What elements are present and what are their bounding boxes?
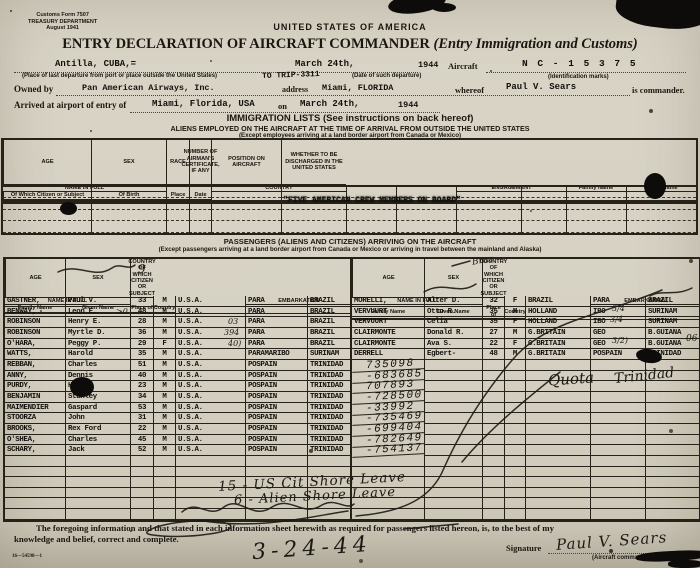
empty-cell [504,403,525,414]
cell-place: POSPAIN [245,392,307,403]
empty-cell [424,424,482,435]
cell-country: BRAZIL [307,307,352,318]
empty-cell [590,509,645,520]
form-number-line1: Customs Form 7507 [28,12,97,19]
cell-citizen: G.BRITAIN [525,328,590,339]
cell-sex: M [153,317,175,328]
empty-cell [424,467,482,478]
cell-sex: M [153,307,175,318]
cell-place: IBO [590,317,645,328]
empty-cell [525,392,590,403]
empty-cell [504,509,525,520]
crew-empty-cell [3,210,91,221]
cell-citizen: U.S.A. [175,360,245,371]
empty-cell [525,477,590,488]
cell-family: BENWAY, [5,307,65,318]
crew-empty-cell [626,198,696,209]
empty-cell [504,371,525,382]
col-airman-certificate: NUMBER OF AIRMAN'S CERTIFICATE, IF ANY [189,140,211,185]
empty-cell [645,413,699,424]
empty-cell [525,371,590,382]
empty-cell [504,456,525,467]
cell-citizen: G.BRITAIN [525,349,590,360]
departure-place-value: Antilla, CUBA,= [55,59,136,69]
crew-empty-cell [626,221,696,232]
page-title-main: ENTRY DECLARATION OF AIRCRAFT COMMANDER [62,36,430,52]
declaration-line1: The foregoing information and that state… [14,523,688,533]
empty-cell [424,445,482,456]
cell-sex: M [153,445,175,456]
cell-place: PARA [245,339,307,350]
cell-sex: M [153,371,175,382]
empty-cell [424,413,482,424]
cell-age: 35 [482,307,504,318]
empty-cell [525,435,590,446]
page-title-paren: (Entry Immigration and Customs) [434,36,638,52]
col-position: POSITION ON AIRCRAFT [211,140,281,185]
cell-sex: M [153,424,175,435]
empty-cell [65,509,130,520]
empty-cell [424,392,482,403]
cell-family: BENJAMIN [5,392,65,403]
cell-country: BRAZIL [645,296,699,307]
empty-cell [590,403,645,414]
cell-country: B.GUIANA [645,339,699,350]
empty-cell [175,477,245,488]
empty-cell [482,371,504,382]
empty-cell [130,477,153,488]
cell-sex: M [153,435,175,446]
empty-cell [424,371,482,382]
cell-family: BROOKS, [5,424,65,435]
cell-age: 48 [130,307,153,318]
empty-cell [352,477,424,488]
crew-empty-cell [91,210,166,221]
cell-country: TRINIDAD [307,360,352,371]
cell-place: PARA [245,307,307,318]
cell-family: O'HARA, [5,339,65,350]
cell-given: Donald R. [424,328,482,339]
crew-empty-cell [566,198,626,209]
crew-empty-cell [189,210,211,221]
empty-cell [525,498,590,509]
cell-country: BRAZIL [307,328,352,339]
empty-cell [504,392,525,403]
cell-country: TRINIDAD [307,392,352,403]
empty-cell [525,381,590,392]
cell-country: TRINIDAD [307,435,352,446]
empty-cell [482,456,504,467]
cell-place: POSPAIN [245,360,307,371]
address-label: address [282,85,308,94]
empty-cell [504,498,525,509]
crew-empty-cell [626,210,696,221]
empty-cell [307,477,352,488]
empty-cell [65,488,130,499]
empty-cell [424,498,482,509]
empty-cell [504,477,525,488]
empty-cell [5,509,65,520]
cell-citizen: HOLLAND [525,317,590,328]
empty-cell [153,456,175,467]
cell-family: VERVUURT [352,317,424,328]
crew-empty-cell [521,210,566,221]
cell-citizen: U.S.A. [175,307,245,318]
empty-cell [245,509,307,520]
empty-cell [175,456,245,467]
departure-year-value: 1944 [418,60,438,70]
cell-given: John [65,413,130,424]
empty-cell [645,509,699,520]
empty-cell [65,456,130,467]
passenger-table-right: MORELLI,Alter D.32FBRAZILPARABRAZILVERVU… [350,296,700,522]
empty-cell [130,467,153,478]
cell-citizen: U.S.A. [175,328,245,339]
cell-citizen: U.S.A. [175,435,245,446]
empty-cell [5,488,65,499]
empty-cell [504,381,525,392]
empty-cell [590,424,645,435]
empty-cell [424,360,482,371]
empty-cell [352,509,424,520]
crew-empty-cell [166,198,189,209]
cell-place: POSPAIN [245,381,307,392]
cell-citizen: U.S.A. [175,424,245,435]
caption-departure-place: (Place of last departure from port or pl… [22,73,217,79]
cell-family: ROBINSON [5,328,65,339]
cell-given: Harold [65,349,130,360]
entry-date-value: March 24th, [300,99,359,109]
crew-empty-cell [3,221,91,232]
immigration-subtitle2: (Except employees arriving at a land bor… [0,132,700,139]
empty-cell [245,498,307,509]
cell-sex: M [153,392,175,403]
cell-citizen: U.S.A. [175,317,245,328]
cell-place: PARA [245,296,307,307]
empty-cell [525,403,590,414]
cell-family: VERVUURT [352,307,424,318]
empty-cell [65,477,130,488]
col-citizen: COUNTRY OF WHICH CITIZEN OR SUBJECT [482,259,504,298]
empty-cell [307,509,352,520]
empty-cell [482,424,504,435]
empty-cell [590,392,645,403]
immigration-title: IMMIGRATION LISTS (See instructions on b… [0,113,700,124]
empty-cell [504,467,525,478]
cell-given: Charles [65,360,130,371]
cell-country: TRINIDAD [307,381,352,392]
empty-cell [424,488,482,499]
cell-family: CLAIRMONTE [352,328,424,339]
cell-country: TRINIDAD [307,445,352,456]
empty-cell [245,467,307,478]
cell-age: 51 [130,360,153,371]
crew-empty-cell [456,210,521,221]
cell-age: 27 [482,328,504,339]
signature-label: Signature [506,543,541,553]
cell-given: Egbert- [424,349,482,360]
crew-empty-cell [189,187,211,198]
empty-cell [130,498,153,509]
cell-country: TRINIDAD [307,403,352,414]
empty-cell [645,435,699,446]
caption-identification-marks: (Identification marks) [548,74,609,80]
cell-country: SURINAM [645,307,699,318]
empty-cell [525,509,590,520]
crew-table-body [3,187,696,233]
empty-cell [525,488,590,499]
cell-age: 53 [130,403,153,414]
crew-empty-cell [166,210,189,221]
cell-sex: M [153,349,175,360]
empty-cell [482,403,504,414]
empty-cell [645,477,699,488]
empty-cell [245,456,307,467]
departure-date-value: March 24th, [295,59,354,69]
col-sex: SEX [424,259,482,298]
empty-cell [482,488,504,499]
empty-cell [482,467,504,478]
crew-empty-cell [166,187,189,198]
empty-cell [645,371,699,382]
cell-age: 22 [482,339,504,350]
cell-family: PURDY, [5,381,65,392]
empty-cell [307,488,352,499]
ink-dot-crew-left [60,202,77,215]
empty-cell [307,467,352,478]
trip-stamp: TO TRIP-3311 [262,70,320,81]
empty-cell [590,360,645,371]
cell-place: POSPAIN [245,413,307,424]
empty-cell [352,467,424,478]
cell-age: 28 [130,317,153,328]
empty-cell [482,360,504,371]
cell-sex: M [504,349,525,360]
cell-country: TRINIDAD [307,413,352,424]
passenger-table-left: GASTNER,Paul V.33MU.S.A.PARABRAZILBENWAY… [3,296,352,522]
empty-cell [504,445,525,456]
cell-age: 52 [130,445,153,456]
crew-empty-cell [566,187,626,198]
cell-citizen: G.BRITAIN [525,339,590,350]
empty-cell [590,381,645,392]
cell-citizen: U.S.A. [175,381,245,392]
cell-place: GEO [590,328,645,339]
cell-age: 29 [130,339,153,350]
cell-country: SURINAM [645,317,699,328]
crew-empty-cell [566,210,626,221]
empty-cell [5,477,65,488]
owner-value: Pan American Airways, Inc. [82,83,215,93]
cell-sex: M [153,413,175,424]
cell-place: PARA [245,317,307,328]
cell-given: Peggy P. [65,339,130,350]
cell-sex: F [504,317,525,328]
crew-empty-cell [211,221,281,232]
cell-citizen: HOLLAND [525,307,590,318]
empty-cell [424,477,482,488]
empty-cell [130,488,153,499]
cell-given: Ava S. [424,339,482,350]
cell-country: SURINAM [307,349,352,360]
cell-age: 48 [482,349,504,360]
cell-place: IBO [590,307,645,318]
cell-age: 33 [130,296,153,307]
cell-citizen: U.S.A. [175,392,245,403]
empty-cell [590,498,645,509]
empty-cell [153,498,175,509]
crew-empty-cell [346,210,396,221]
empty-cell [245,477,307,488]
empty-cell [482,477,504,488]
empty-cell [482,498,504,509]
cell-given: Henry E. [65,317,130,328]
empty-cell [645,467,699,478]
cell-citizen: U.S.A. [175,403,245,414]
empty-cell [645,488,699,499]
cell-citizen: BRAZIL [525,296,590,307]
cell-family: ROBINSON [5,317,65,328]
empty-cell [307,456,352,467]
cell-given: Jack [65,445,130,456]
cell-sex: M [153,328,175,339]
empty-cell [645,498,699,509]
empty-cell [645,392,699,403]
cell-sex: F [504,339,525,350]
col-citizen: COUNTRY OF WHICH CITIZEN OR SUBJECT [130,259,153,298]
crew-empty-cell [189,221,211,232]
empty-cell [175,467,245,478]
crew-empty-cell [166,221,189,232]
empty-cell [424,381,482,392]
page-title: ENTRY DECLARATION OF AIRCRAFT COMMANDER … [0,36,700,53]
empty-cell [525,456,590,467]
crew-empty-cell [91,187,166,198]
cell-given: Myrtle D. [65,328,130,339]
cell-given: Paul V. [65,296,130,307]
cell-age: 32 [482,296,504,307]
empty-cell [645,445,699,456]
entry-airport-value: Miami, Florida, USA [152,99,255,109]
crew-empty-cell [396,221,456,232]
address-value: Miami, FLORIDA [322,83,393,93]
crew-empty-cell [346,221,396,232]
cell-country: TRINIDAD [307,371,352,382]
empty-cell [153,477,175,488]
crew-empty-cell [211,210,281,221]
cell-family: ANNY, [5,371,65,382]
cell-place: PARAMARIBO [245,349,307,360]
cell-family: WATTS, [5,349,65,360]
crew-empty-cell [456,221,521,232]
empty-cell [424,403,482,414]
cell-given: Otto R. [424,307,482,318]
cell-place: GEO [590,339,645,350]
owned-by-label: Owned by [14,84,53,94]
empty-cell [590,456,645,467]
empty-cell [504,488,525,499]
cell-country: BRAZIL [307,317,352,328]
empty-cell [525,445,590,456]
cell-family: MAIMENDIER [5,403,65,414]
cell-given: Celia [424,317,482,328]
cell-sex: M [504,328,525,339]
cell-citizen: U.S.A. [175,349,245,360]
cell-age: 45 [130,435,153,446]
empty-cell [645,424,699,435]
crew-empty-cell [91,221,166,232]
empty-cell [525,424,590,435]
col-sex: SEX [91,140,166,185]
empty-cell [5,467,65,478]
cell-place: POSPAIN [245,424,307,435]
empty-cell [424,435,482,446]
empty-cell [525,413,590,424]
empty-cell [482,435,504,446]
cell-place: POSPAIN [245,445,307,456]
cell-age: 22 [130,424,153,435]
crew-empty-cell [521,221,566,232]
empty-cell [590,413,645,424]
cell-place: PARA [245,328,307,339]
ink-dot-passenger-left [70,377,94,397]
cell-citizen: U.S.A. [175,339,245,350]
crew-empty-cell [3,198,91,209]
empty-cell [504,424,525,435]
empty-cell [645,381,699,392]
empty-cell [352,488,424,499]
cell-age: 40 [130,371,153,382]
empty-cell [590,445,645,456]
cell-family: GASTNER, [5,296,65,307]
cell-given: Gaspard [65,403,130,414]
cell-citizen: U.S.A. [175,445,245,456]
cell-sex: M [153,296,175,307]
col-age: AGE [5,259,65,298]
cell-family: STOORZA [5,413,65,424]
empty-cell [5,456,65,467]
cell-place: PARA [590,296,645,307]
cell-place: POSPAIN [245,403,307,414]
cell-sex: F [504,296,525,307]
empty-cell [504,413,525,424]
aircraft-label: Aircraft [448,61,478,71]
cell-age: 31 [130,413,153,424]
whereof-label: whereof [455,85,484,95]
cell-sex: F [153,339,175,350]
empty-cell [504,360,525,371]
empty-cell [307,498,352,509]
cell-country: TRINIDAD [307,424,352,435]
scanned-form: Customs Form 7507 TREASURY DEPARTMENT Au… [0,0,700,568]
empty-cell [175,488,245,499]
cell-sex: M [153,381,175,392]
passengers-title: PASSENGERS (ALIENS AND CITIZENS) ARRIVIN… [0,237,700,246]
empty-cell [65,467,130,478]
country-title: UNITED STATES OF AMERICA [0,22,700,32]
ink-dot-crew-right [644,173,666,199]
cell-age: 23 [130,381,153,392]
empty-cell [504,435,525,446]
empty-cell [424,509,482,520]
crew-empty-cell [91,198,166,209]
empty-cell [590,435,645,446]
empty-cell [645,456,699,467]
cell-sex: M [153,360,175,371]
crew-note: "FIVE AMERICAN CREW MEMBERS ON BOARD" [212,196,532,205]
empty-cell [482,392,504,403]
cell-country: BRAZIL [307,296,352,307]
